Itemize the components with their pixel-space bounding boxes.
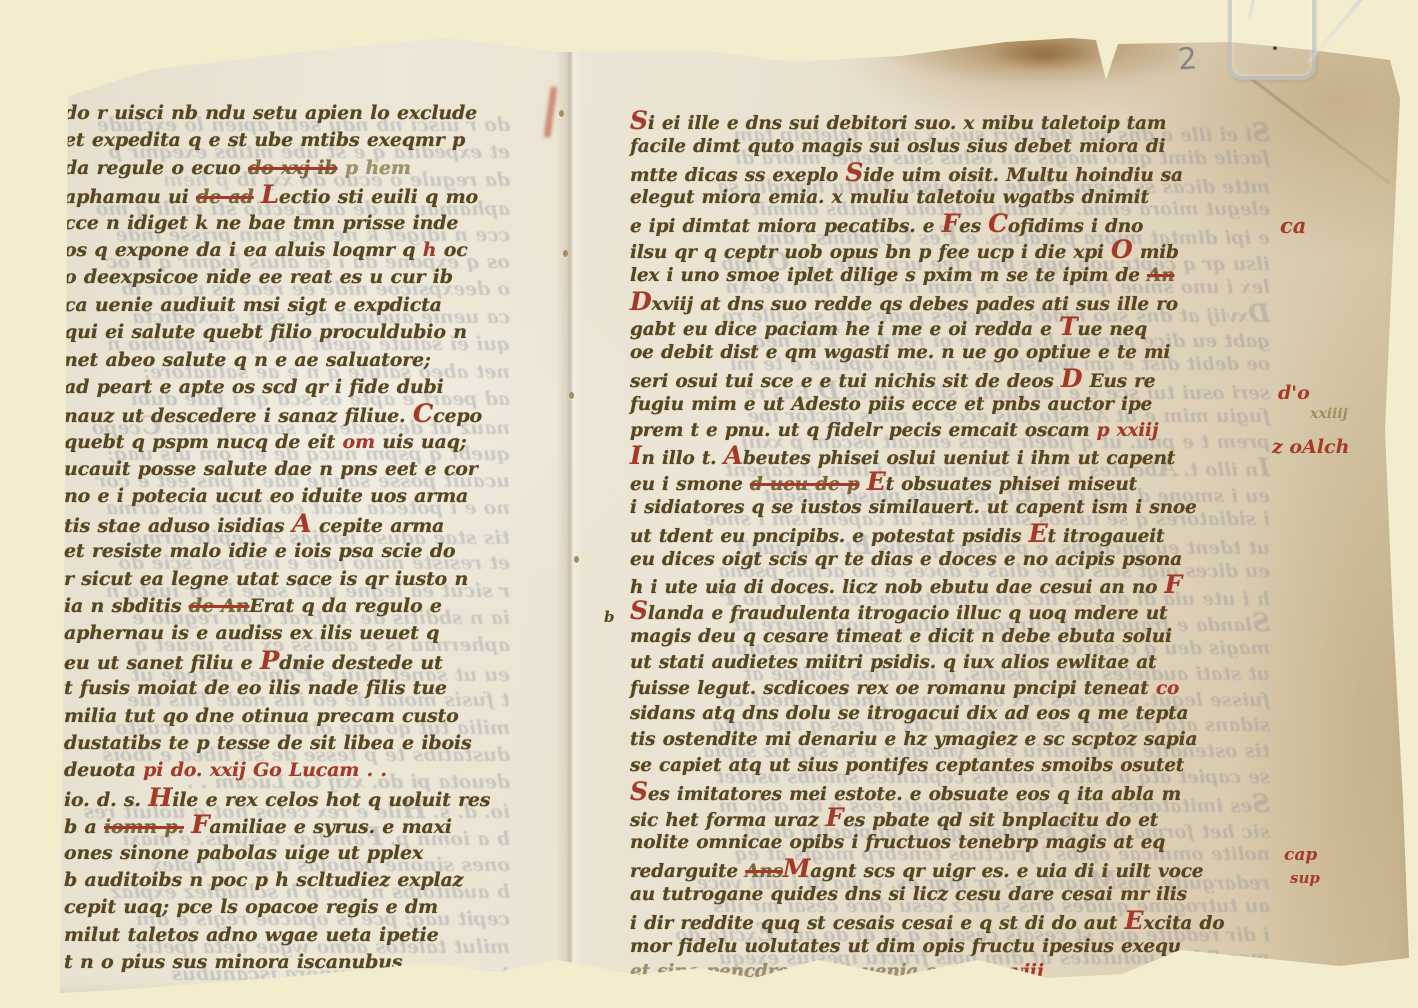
text-line: Ses imitatores mei estote. e obsuate eos… (630, 779, 1270, 805)
text-line: milut taletos adno wgae ueta ipetie (64, 922, 510, 949)
text-line: net abeo salute q n e ae saluatore; (64, 347, 510, 374)
text-line: deuota pi do. xxij Go Lucam . . (64, 757, 510, 784)
text-line: magis deu q cesare timeat e dicit n debe… (630, 624, 1270, 650)
text-line: Si ei ille e dns sui debitori suo. x mib… (630, 108, 1270, 134)
text-line: facile dimt quto magis sui oslus sius de… (630, 134, 1270, 160)
text-line: cepit uaq; pce ls opacoe regis e dm (64, 894, 510, 921)
text-line: ones sinone pabolas uige ut pplex (64, 840, 510, 867)
text-line: lex i uno smoe iplet dilige s pxim m se … (630, 263, 1270, 289)
text-line: nauz ut descedere i sanaz filiue. Ccepo (64, 401, 510, 428)
text-line: et sine pencdre mta e uenia e x dm xviij (630, 959, 1270, 985)
text-line: do r uisci nb ndu setu apien lo exclude (64, 100, 510, 127)
manuscript-photo: do r uisci nb ndu setu apien lo excludee… (0, 0, 1418, 1008)
text-line: fuisse legut. scdicoes rex oe romanu pnc… (630, 676, 1270, 702)
text-line: se capiet atq ut sius pontifes ceptantes… (630, 753, 1270, 779)
text-line: mor fidelu uolutates ut dim opis fructu … (630, 934, 1270, 960)
text-line: io. d. s. Hile e rex celos hot q uoluit … (64, 785, 510, 812)
text-line: sic het forma uraz Fes pbate qd sit bnpl… (630, 805, 1270, 831)
margin-note: sup (1290, 869, 1320, 887)
clip-u-clamp (1228, 0, 1316, 80)
text-line: dustatibs te p tesse de sit libea e iboi… (64, 730, 510, 757)
text-line: nolite omnicae opibs i fructuos tenebrp … (630, 830, 1270, 856)
text-line: ucauit posse salute dae n pns eet e cor (64, 456, 510, 483)
text-line: b auditoibs n poc p h scltudiez explaz (64, 867, 510, 894)
sewing-hole (574, 556, 579, 563)
text-line: redarguite AnsMagnt scs qr uigr es. e ui… (630, 856, 1270, 882)
text-line: oe debit dist e qm wgasti me. n ue go op… (630, 340, 1270, 366)
text-line: In illo t. Abeutes phisei oslui ueniut i… (630, 443, 1270, 469)
text-line: eu i smone d ueu de p Et obsuates phisei… (630, 469, 1270, 495)
text-line: t fusis moiat de eo ilis nade filis tue (64, 675, 510, 702)
text-line: cce n idiget k ne bae tmn prisse inde (64, 210, 510, 237)
text-line: ut stati audietes miitri psidis. q iux a… (630, 650, 1270, 676)
text-line: milia tut qo dne otinua precam custo (64, 703, 510, 730)
text-line: elegut miora emia. x muliu taletoiu wgat… (630, 185, 1270, 211)
text-line: aphernau is e audiss ex ilis ueuet q (64, 620, 510, 647)
text-line: Dxviij at dns suo redde qs debes pades a… (630, 289, 1270, 315)
margin-note: z oAlch (1272, 436, 1349, 458)
text-line: au tutrogane quides dns si licz cesu dar… (630, 882, 1270, 908)
sewing-hole (559, 110, 564, 117)
gutter-fold (556, 52, 584, 964)
margin-note: b (604, 608, 615, 626)
sewing-hole (563, 250, 568, 257)
text-line: tis ostendite mi denariu e hz ymagiez e … (630, 727, 1270, 753)
text-line: Slanda e fraudulenta itrogacio illuc q u… (630, 598, 1270, 624)
stain (990, 40, 1100, 70)
text-line: h i ute uia di doces. licz nob ebutu dae… (630, 572, 1270, 598)
text-line: fugiu mim e ut Adesto piis ecce et pnbs … (630, 392, 1270, 418)
text-line: prem t e pnu. ut q fidelr pecis emcait o… (630, 418, 1270, 444)
text-line: sidans atq dns dolu se itrogacui dix ad … (630, 701, 1270, 727)
parchment-leaf: do r uisci nb ndu setu apien lo excludee… (0, 0, 1418, 1008)
stain (880, 34, 1180, 86)
corner-crease (1251, 78, 1390, 184)
text-line: da regule o ecuo do xxj ib p hem (64, 155, 510, 182)
margin-note: d'o (1278, 382, 1310, 404)
text-column-right: Si ei ille e dns sui debitori suo. x mib… (630, 108, 1270, 985)
text-line: et expedita q e st ube mtibs exeqmr p (64, 127, 510, 154)
text-line: aphamau ui de ad Lectio sti euili q mo (64, 182, 510, 209)
text-line: quebt q pspm nucq de eit om uis uaq; (64, 429, 510, 456)
text-line: et sine pencdre mta e uenia e x dm xviij (630, 971, 1270, 997)
text-line: ca uenie audiuit msi sigt e expdicta (64, 292, 510, 319)
text-line: t n o pius sus minora iscanubus (64, 949, 510, 976)
text-line: e ipi dimtat miora pecatibs. e Fes Cofid… (630, 211, 1270, 237)
margin-note: cap (1284, 845, 1317, 865)
text-line: tis stae aduso isidias A cepite arma (64, 511, 510, 538)
text-line: os q expone da i ea aluis loqmr q h oc (64, 237, 510, 264)
text-line: o deexpsicoe nide ee reat es u cur ib (64, 264, 510, 291)
margin-note: ca (1280, 213, 1306, 238)
text-line: i sidiatores q se iustos similauert. ut … (630, 495, 1270, 521)
text-line: no e i potecia ucut eo iduite uos arma (64, 483, 510, 510)
text-line: ad peart e apte os scd qr i fide dubi (64, 374, 510, 401)
text-line: ut tdent eu pncipibs. e potestat psidis … (630, 521, 1270, 547)
text-line: eu dices oigt scis qr te dias e doces e … (630, 547, 1270, 573)
margin-note: xxiiij (1310, 406, 1348, 422)
red-ink-smudge (543, 86, 557, 138)
text-column-left: do r uisci nb ndu setu apien lo excludee… (64, 100, 510, 977)
text-line: r sicut ea legne utat sace is qr iusto n (64, 566, 510, 593)
text-line: mtte dicas ss exeplo Side uim oisit. Mul… (630, 160, 1270, 186)
text-line: b a iomn p. Familiae e syrus. e maxi (64, 812, 510, 839)
text-line: i dir reddite quq st cesais cesai e q st… (630, 908, 1270, 934)
text-line: qui ei salute quebt filio proculdubio n (64, 319, 510, 346)
text-line: ia n sbditis de AnErat q da regulo e (64, 593, 510, 620)
folio-number: 2 (1177, 41, 1198, 77)
sewing-hole (569, 392, 574, 399)
text-line: gabt eu dice paciam he i me e oi redda e… (630, 314, 1270, 340)
text-line: et resiste malo idie e iois psa scie do (64, 538, 510, 565)
text-line: eu ut sanet filiu e Pdnie destede ut (64, 648, 510, 675)
text-line: ilsu qr q ceptr uob opus bn p fee ucp i … (630, 237, 1270, 263)
text-line: seri osui tui sce e e tui nichis sit de … (630, 366, 1270, 392)
